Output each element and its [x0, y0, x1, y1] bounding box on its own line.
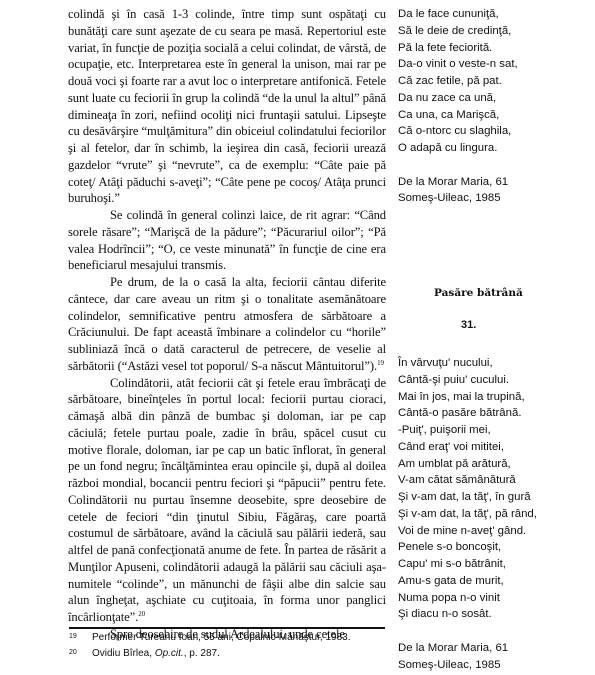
poem-1: Da le face cununiţă, Să le deie de credi…	[398, 6, 588, 207]
footnote-italic: Op.cit.	[155, 648, 184, 659]
poem-line: Voi de mine n-aveţ' gând.	[398, 523, 537, 540]
poem-2: În vârvuţu' nucului, Cântă-şi puiu' cucu…	[398, 355, 537, 673]
song-number: 31.	[461, 319, 476, 331]
footnote-text: Performer Tureanu Ioan, 55 ani, Copalnic…	[92, 632, 350, 643]
poem-line: Cântă-o pasăre bătrână.	[398, 405, 537, 422]
poem-line: Să le deie de credinţă,	[398, 23, 588, 40]
footnote-ref-20[interactable]: 20	[138, 610, 145, 618]
poem-line: Penele s-o boncoşit,	[398, 539, 537, 556]
poem-line: Cântă-şi puiu' cucului.	[398, 372, 537, 389]
paragraph-3-text: Pe drum, de la o casă la alta, feciorii …	[68, 275, 386, 373]
poem-line: Mai în jos, mai la trupină,	[398, 389, 537, 406]
poem-line: Capu' mi s-o bătrânit,	[398, 556, 537, 573]
footnote-separator	[69, 627, 385, 629]
paragraph-1: colindă şi în casă 1-3 colinde, între ti…	[68, 6, 386, 207]
poem-line: Pă la fete feciorită.	[398, 40, 588, 57]
paragraph-3: Pe drum, de la o casă la alta, feciorii …	[68, 274, 386, 375]
footnote-20: 20Ovidiu Bîrlea, Op.cit., p. 287.	[69, 648, 220, 659]
paragraph-4: Colindătorii, atât feciorii cât şi fetel…	[68, 375, 386, 626]
poem-source: De la Morar Maria, 61	[398, 640, 537, 657]
poem-line: Am umblat pă arătură,	[398, 456, 537, 473]
poem-source: Someş-Uileac, 1985	[398, 657, 537, 674]
poem-line: O adapă cu lingura.	[398, 140, 588, 157]
poem-line: V-am cătat sămânătură	[398, 472, 537, 489]
poem-line: Da-o vinit o veste-n sat,	[398, 56, 588, 73]
poem-line: Şi v-am dat, la tăţ', pă rând,	[398, 506, 537, 523]
footnote-ref-19[interactable]: 19	[377, 359, 384, 367]
footnote-number: 19	[69, 633, 92, 640]
poem-line: Da le face cununiţă,	[398, 6, 588, 23]
poem-source: De la Morar Maria, 61	[398, 174, 588, 191]
poem-line: Că zac fetile, pă pat.	[398, 73, 588, 90]
poem-line: Ca una, ca Marişcă,	[398, 107, 588, 124]
poem-line: Când eraţ' voi mititei,	[398, 439, 537, 456]
poem-line: Amu-s gata de murit,	[398, 573, 537, 590]
footnote-text: Ovidiu Bîrlea,	[92, 648, 155, 659]
poem-line: Că o-ntorc cu slaghila,	[398, 123, 588, 140]
footnote-number: 20	[69, 649, 92, 656]
footnote-19: 19Performer Tureanu Ioan, 55 ani, Copaln…	[69, 632, 350, 643]
poem-line: -Puiţ', puişorii mei,	[398, 422, 537, 439]
poem-line: Numa popa n-o vinit	[398, 590, 537, 607]
poem-line: Şi diacu n-o sosât.	[398, 606, 537, 623]
paragraph-4-text: Colindătorii, atât feciorii cât şi fetel…	[68, 376, 386, 625]
poem-source: Someş-Uileac, 1985	[398, 190, 588, 207]
song-title: Pasăre bătrână	[434, 287, 523, 299]
poem-line: Şi v-am dat, la tăţ', în gură	[398, 489, 537, 506]
paragraph-2: Se colindă în general colinzi laice, de …	[68, 207, 386, 274]
poem-line: În vârvuţu' nucului,	[398, 355, 537, 372]
footnote-tail: , p. 287.	[184, 648, 220, 659]
main-text-column: colindă şi în casă 1-3 colinde, între ti…	[68, 6, 386, 643]
poem-line: Da nu zace ca ună,	[398, 90, 588, 107]
